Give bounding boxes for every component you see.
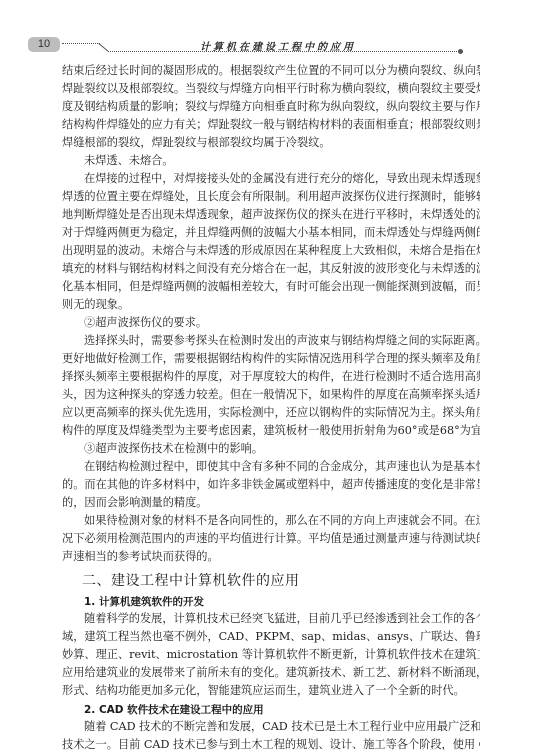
text-line: 填充的材料与钢结构材料之间没有充分熔合在一起，其反射波的波形变化与未焊透的波形变 — [62, 262, 480, 276]
text-line: 化基本相同，但是焊缝两侧的波幅相差较大，有时可能会出现一侧能探测到波幅，而另一侧 — [62, 280, 480, 294]
header-diagonal-rule — [98, 43, 108, 51]
text-line: 形式、结构功能更加多元化，智能建筑应运而生，建筑业进入了一个全新的时代。 — [62, 684, 480, 698]
subheading-cad-application: 2. CAD 软件技术在建设工程中的应用 — [84, 702, 264, 717]
text-line: 的，因而会影响测量的精度。 — [62, 496, 480, 510]
text-line: 结束后经过长时间的凝固形成的。根据裂纹产生位置的不同可以分为横向裂纹、纵向裂纹、 — [62, 64, 480, 78]
text-line: 构件的厚度及焊缝类型为主要考虑因素，建筑板材一般使用折射角为60°或是68°为宜… — [62, 424, 480, 438]
text-line: 地判断焊缝处是否出现未焊透现象，超声波探伤仪的探头在进行平移时，未焊透处的波形相 — [62, 208, 480, 222]
text-line: 结构构件焊缝处的应力有关；焊趾裂纹一般与钢结构材料的表面相垂直；根部裂纹则是位于 — [62, 118, 480, 132]
text-line: 声速相当的参考试块而获得的。 — [62, 550, 480, 564]
page-number-badge: 10 — [28, 37, 60, 52]
text-line: 择探头频率主要根据构件的厚度，对于厚度较大的构件，在进行检测时不适合选用高频率的… — [62, 370, 480, 384]
text-line: 随着科学的发展，计算机技术已经突飞猛进，目前几乎已经渗透到社会工作的各个领 — [84, 612, 480, 626]
text-line: 域，建筑工程当然也毫不例外，CAD、PKPM、sap、midas、ansys、广… — [62, 630, 480, 644]
text-line: 对于焊缝两侧更为稳定，并且焊缝两侧的波幅大小基本相同，而未焊透处与焊缝两侧的波幅 — [62, 226, 480, 240]
header-end-dot-icon — [458, 49, 463, 54]
text-line: 随着 CAD 技术的不断完善和发展，CAD 技术已是土木工程行业中应用最广泛和发… — [84, 720, 480, 734]
text-line: 出现明显的波动。未熔合与未焊透的形成原因在某种程度上大致相似，未熔合是指在焊缝处 — [62, 244, 480, 258]
text-line: 妙算、理正、revit、microstation 等计算机软件不断更新，计算机软… — [62, 648, 480, 662]
item-heading-incomplete-fusion: 未焊透、未熔合。 — [84, 154, 480, 168]
text-line: 况下必须用检测范围内的声速的平均值进行计算。平均值是通过测量声速与待测试块的平均 — [62, 532, 480, 546]
text-line: 度及钢结构质量的影响；裂纹与焊缝方向相垂直时称为纵向裂纹，纵向裂纹主要与作用在钢 — [62, 100, 480, 114]
text-line: 焊趾裂纹以及根部裂纹。当裂纹与焊缝方向相平行时称为横向裂纹，横向裂纹主要受焊缝速 — [62, 82, 480, 96]
text-line: 头，因为这种探头的穿透力较差。但在一般情况下，如果构件的厚度在高频率探头适用范围… — [62, 388, 480, 402]
text-line: 应用给建筑业的发展带来了前所未有的变化。建筑新技术、新工艺、新材料不断涌现，构造 — [62, 666, 480, 680]
running-title: 计算机在建设工程中的应用 — [200, 38, 356, 53]
text-line: 在焊接的过程中，对焊接接头处的金属没有进行充分的熔化，导致出现未焊透现象。未 — [84, 172, 480, 186]
text-line: 则无的现象。 — [62, 298, 480, 312]
text-line: 焊透的位置主要在焊缝处，且长度会有所限制。利用超声波探伤仪进行探测时，能够较轻易 — [62, 190, 480, 204]
text-line: 在钢结构检测过程中，即使其中含有多种不同的合金成分，其声速也认为是基本恒定 — [84, 460, 480, 474]
item-heading-detection-influence: ③超声波探伤技术在检测中的影响。 — [84, 442, 480, 456]
item-heading-detector-requirements: ②超声波探伤仪的要求。 — [84, 316, 480, 330]
section-heading: 二、建设工程中计算机软件的应用 — [82, 570, 300, 590]
text-line: 焊缝根部的裂纹，焊趾裂纹与根部裂纹均属于冷裂纹。 — [62, 136, 480, 150]
text-line: 应以更高频率的探头优先选用，实际检测中，还应以钢构件的实际情况为主。探头角度的选… — [62, 406, 480, 420]
text-line: 选择探头时，需要参考探头在检测时发出的声波束与钢结构焊缝之间的实际距离。为了 — [84, 334, 480, 348]
text-line: 的。而在其他的许多材料中，如许多非铁金属或塑料中，超声传播速度的变化是非常显著 — [62, 478, 480, 492]
header-dotted-rule-left — [62, 43, 100, 44]
text-line: 技术之一。目前 CAD 技术已参与到土木工程的规划、设计、施工等各个阶段，使用 … — [62, 738, 480, 750]
text-line: 如果待检测对象的材料不是各向同性的，那么在不同的方向上声速就会不同。在这种情 — [84, 514, 480, 528]
text-line: 更好地做好检测工作，需要根据钢结构构件的实际情况选用科学合理的探头频率及角度。选 — [62, 352, 480, 366]
subheading-software-development: 1. 计算机建筑软件的开发 — [84, 594, 204, 609]
